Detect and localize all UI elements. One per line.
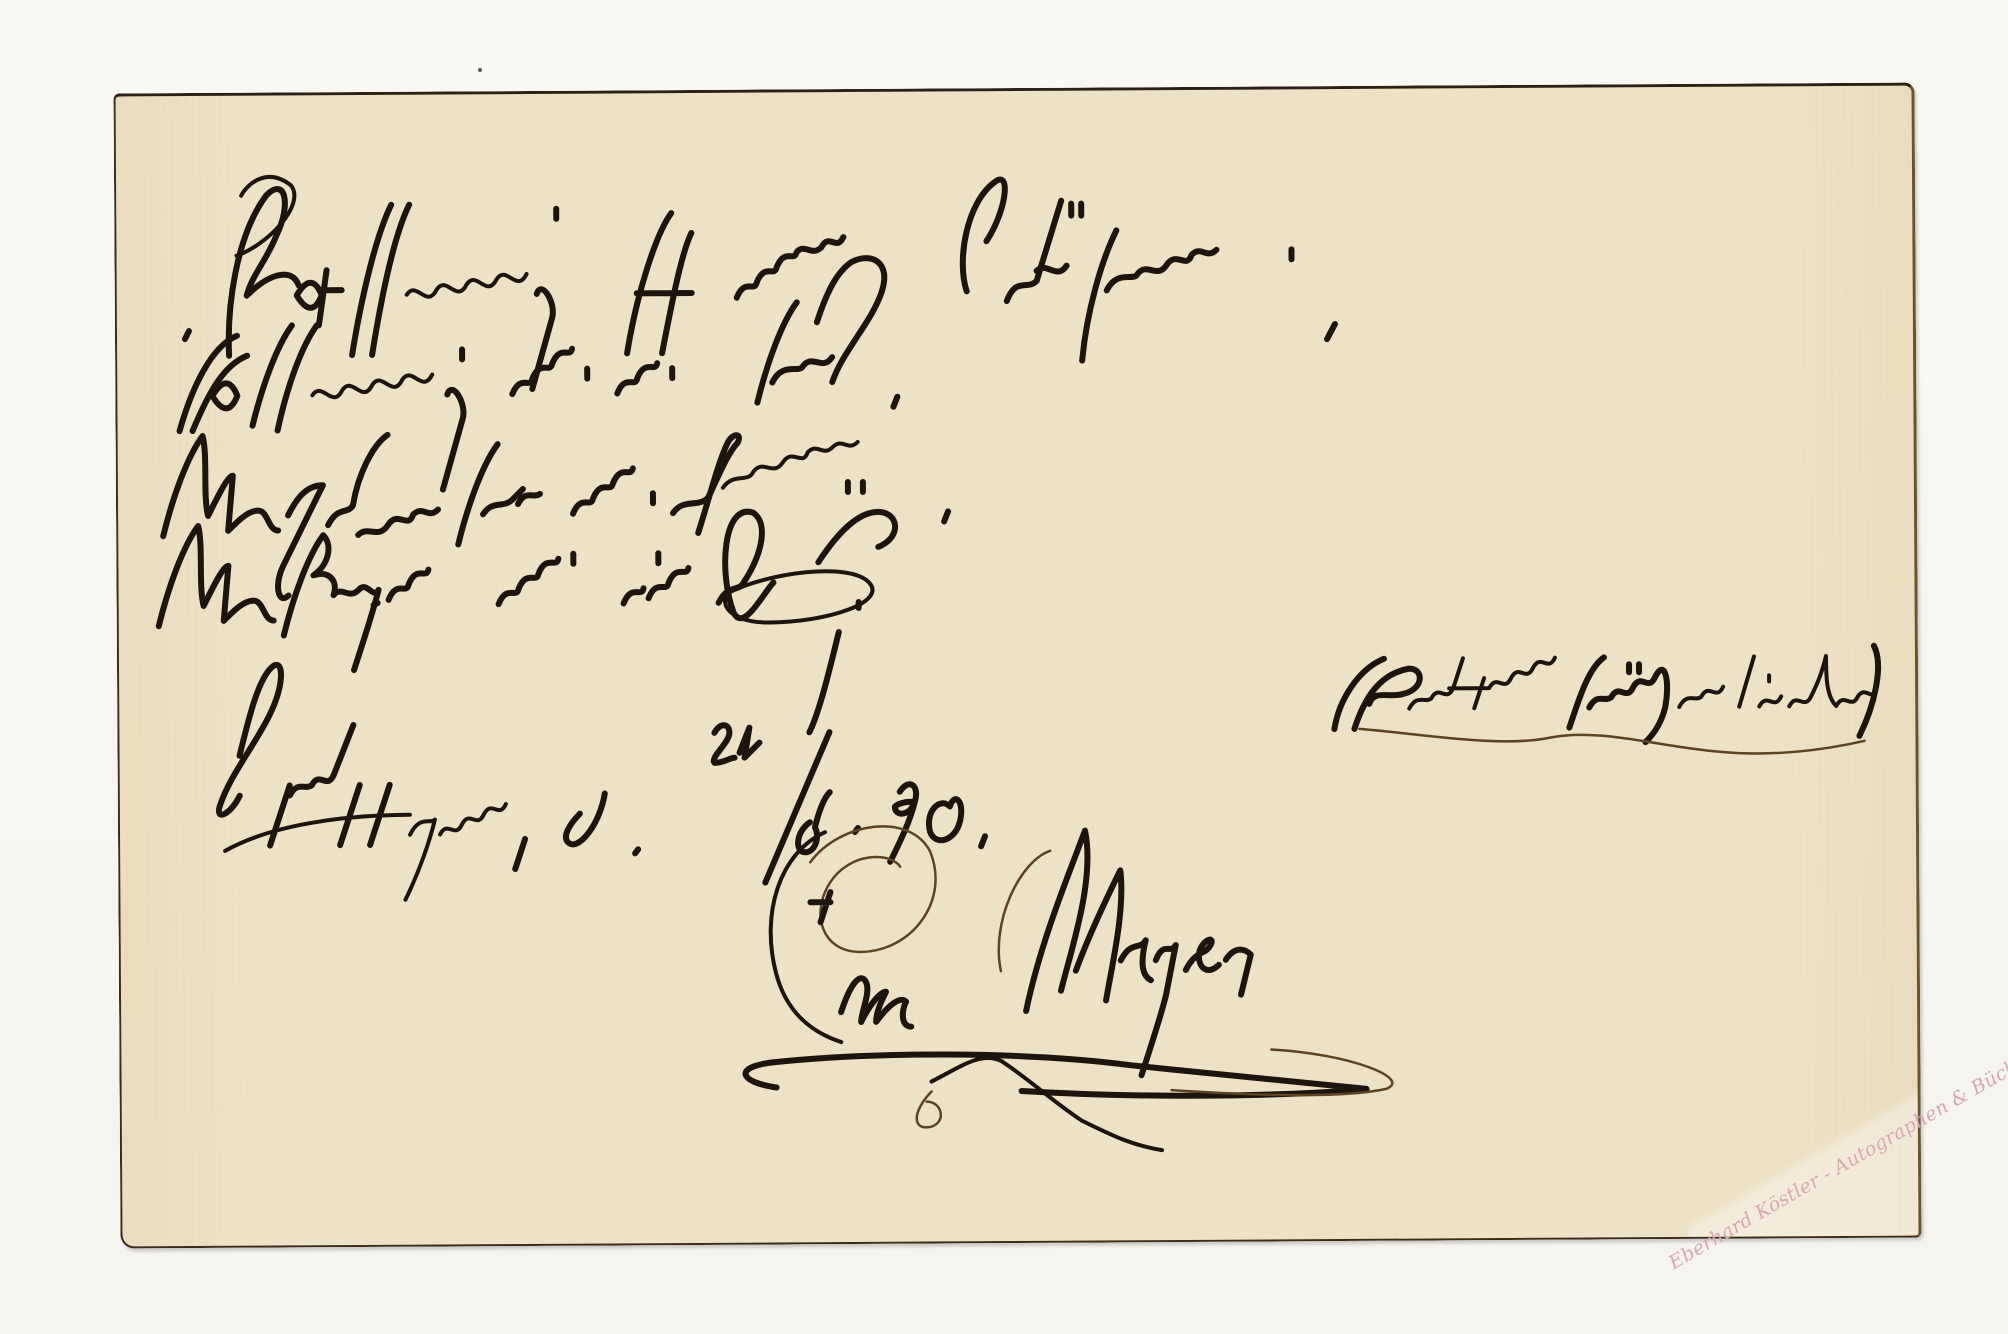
handwriting-source-note xyxy=(1334,646,1879,756)
scan-background: „Rothhaarig ist mein Schätzelein, Rothha… xyxy=(0,0,2008,1334)
autograph-card: „Rothhaarig ist mein Schätzelein, Rothha… xyxy=(113,83,1921,1249)
handwriting-svg xyxy=(116,86,1919,1247)
handwriting-signature xyxy=(744,823,1393,1152)
dust-speck xyxy=(478,68,482,72)
handwriting-layer xyxy=(116,86,1919,1247)
handwriting-place-date xyxy=(218,661,985,901)
handwriting-line-1 xyxy=(184,170,1335,391)
